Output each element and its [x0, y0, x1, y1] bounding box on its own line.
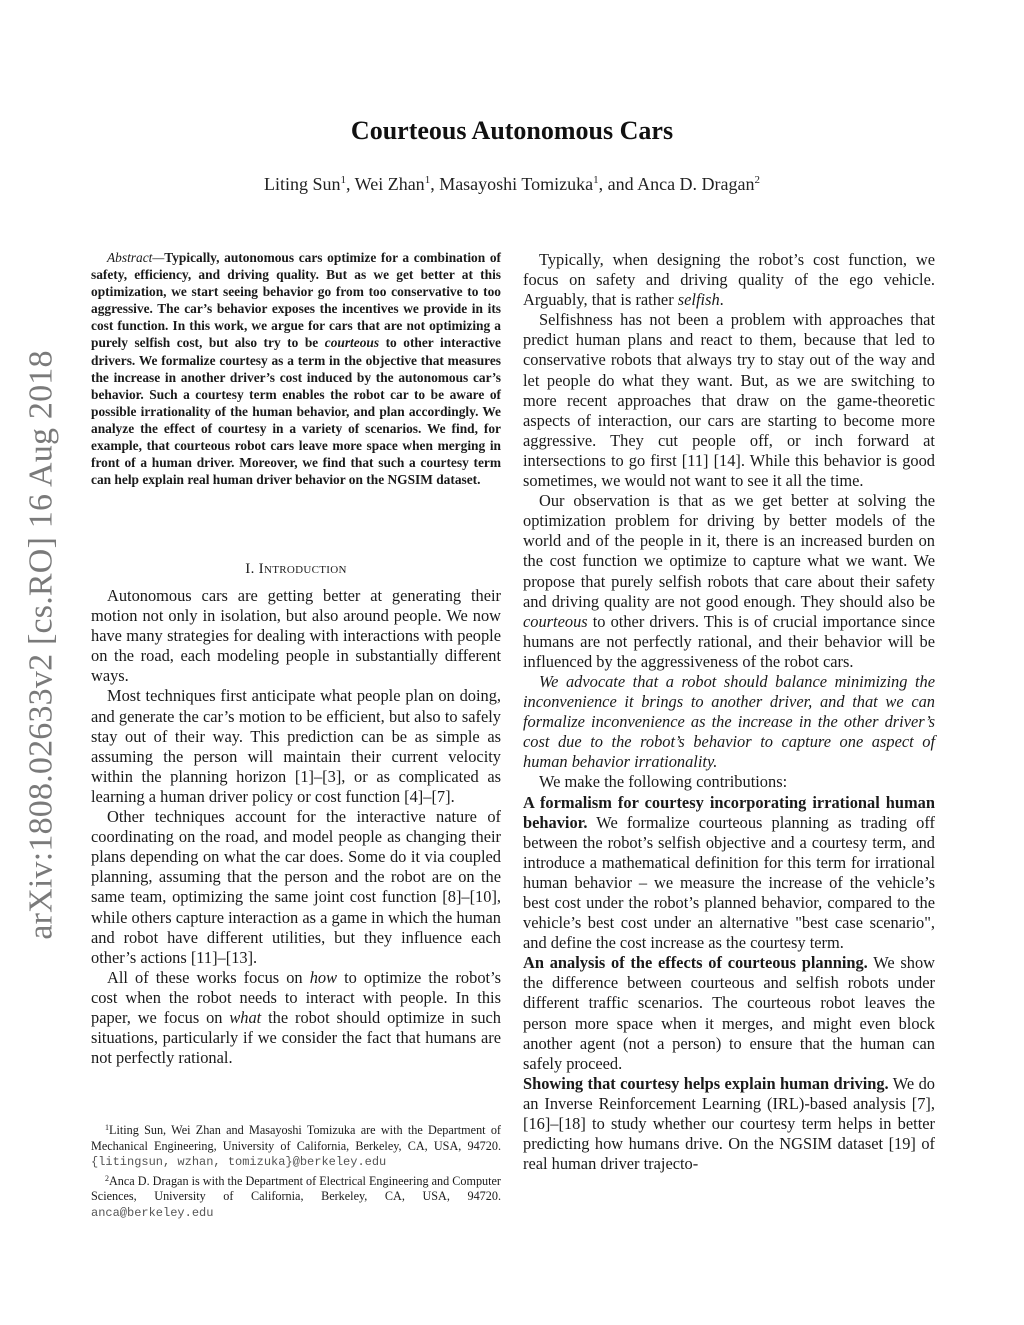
- paper-title: Courteous Autonomous Cars: [0, 116, 1024, 146]
- text-run: .: [720, 290, 724, 309]
- text-run: Our observation is that as we get better…: [523, 491, 935, 610]
- paragraph: Typically, when designing the robot’s co…: [523, 250, 935, 310]
- affiliation-mark: 2: [755, 174, 761, 186]
- author-separator: , and: [599, 174, 638, 194]
- emphasis: selfish: [678, 290, 720, 309]
- emphasis: how: [310, 968, 337, 987]
- paragraph: All of these works focus on how to optim…: [91, 968, 501, 1068]
- left-column-body: Autonomous cars are getting better at ge…: [91, 586, 501, 1068]
- author-name: Anca D. Dragan: [637, 174, 754, 194]
- text-run: All of these works focus on: [107, 968, 310, 987]
- footnote-2: 2Anca D. Dragan is with the Department o…: [91, 1171, 501, 1222]
- footnote-text: Liting Sun, Wei Zhan and Masayoshi Tomiz…: [91, 1123, 501, 1153]
- right-column-body: Typically, when designing the robot’s co…: [523, 250, 935, 1174]
- paragraph-italic: We advocate that a robot should balance …: [523, 672, 935, 772]
- arxiv-id-text: arXiv:1808.02633v2 [cs.RO] 16 Aug 2018: [23, 350, 61, 939]
- author-list: Liting Sun1, Wei Zhan1, Masayoshi Tomizu…: [0, 174, 1024, 195]
- italic-statement: We advocate that a robot should balance …: [523, 672, 935, 771]
- contribution-text: We formalize courteous planning as tradi…: [523, 813, 935, 953]
- text-run: Typically, when designing the robot’s co…: [523, 250, 935, 309]
- contribution-title: Showing that courtesy helps explain huma…: [523, 1074, 889, 1093]
- emphasis: courteous: [523, 612, 588, 631]
- paragraph: Selfishness has not been a problem with …: [523, 310, 935, 491]
- emphasis: what: [229, 1008, 261, 1027]
- author-name: Liting Sun: [264, 174, 341, 194]
- abstract-label: Abstract—: [107, 250, 164, 265]
- paragraph: We make the following contributions:: [523, 772, 935, 792]
- footnote-text: Anca D. Dragan is with the Department of…: [91, 1174, 501, 1204]
- abstract-text: to other interactive drivers. We formali…: [91, 335, 501, 487]
- author-name: Wei Zhan: [355, 174, 425, 194]
- author-separator: ,: [430, 174, 439, 194]
- email-address[interactable]: anca@berkeley.edu: [91, 1206, 213, 1220]
- contribution-2: An analysis of the effects of courteous …: [523, 953, 935, 1074]
- paragraph: Our observation is that as we get better…: [523, 491, 935, 672]
- author-separator: ,: [346, 174, 355, 194]
- arxiv-identifier-sidebar: arXiv:1808.02633v2 [cs.RO] 16 Aug 2018: [17, 345, 67, 945]
- contribution-3: Showing that courtesy helps explain huma…: [523, 1074, 935, 1174]
- contribution-title: An analysis of the effects of courteous …: [523, 953, 868, 972]
- footnote-1: 1Liting Sun, Wei Zhan and Masayoshi Tomi…: [91, 1120, 501, 1171]
- abstract-emphasis: courteous: [325, 335, 379, 350]
- email-address[interactable]: {litingsun, wzhan, tomizuka}@berkeley.ed…: [91, 1155, 386, 1169]
- footnotes: 1Liting Sun, Wei Zhan and Masayoshi Tomi…: [91, 1120, 501, 1222]
- author-name: Masayoshi Tomizuka: [439, 174, 593, 194]
- paragraph: Other techniques account for the interac…: [91, 807, 501, 968]
- contribution-1: A formalism for courtesy incorporating i…: [523, 793, 935, 954]
- paragraph: Autonomous cars are getting better at ge…: [91, 586, 501, 686]
- abstract: Abstract—Typically, autonomous cars opti…: [91, 249, 501, 488]
- paragraph: Most techniques first anticipate what pe…: [91, 686, 501, 807]
- section-heading-introduction: I. Introduction: [91, 561, 501, 578]
